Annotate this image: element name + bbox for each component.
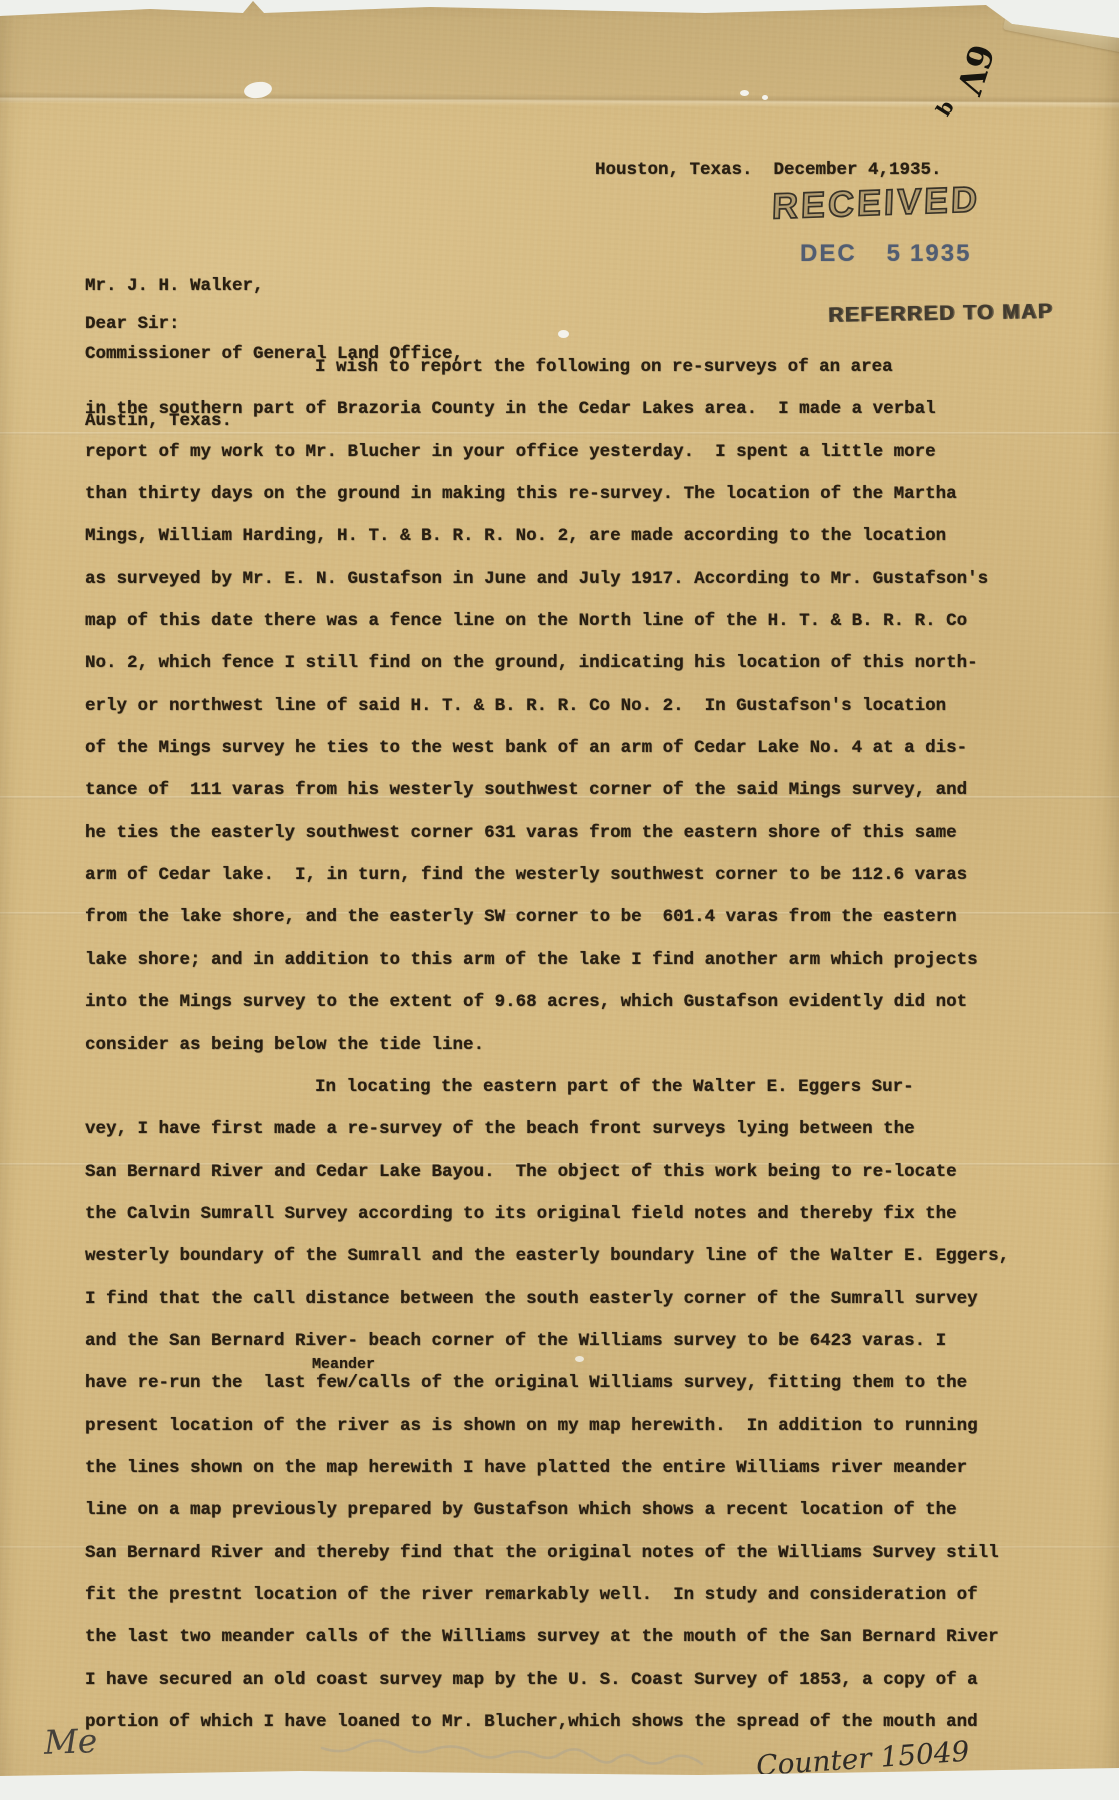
typed-line: in the southern part of Brazoria County … bbox=[85, 399, 1009, 441]
date-stamp: DEC51935 bbox=[800, 240, 971, 268]
typed-line: In locating the eastern part of the Walt… bbox=[85, 1077, 1009, 1119]
paper-speck bbox=[740, 90, 749, 96]
typed-line: vey, I have first made a re-survey of th… bbox=[85, 1119, 1009, 1161]
typed-line: San Bernard River and Cedar Lake Bayou. … bbox=[85, 1162, 1009, 1204]
typed-line: line on a map previously prepared by Gus… bbox=[85, 1500, 1009, 1542]
handwritten-initials: Me bbox=[43, 1721, 98, 1762]
scanned-letter: Λ9 b Houston, Texas. December 4,1935. RE… bbox=[0, 0, 1119, 1800]
typed-line: consider as being below the tide line. bbox=[85, 1035, 1009, 1077]
typed-line: erly or northwest line of said H. T. & B… bbox=[85, 696, 1009, 738]
typed-line: No. 2, which fence I still find on the g… bbox=[85, 653, 1009, 695]
typed-line: present location of the river as is show… bbox=[85, 1416, 1009, 1458]
typed-line: westerly boundary of the Sumrall and the… bbox=[85, 1246, 1009, 1288]
typed-line: from the lake shore, and the easterly SW… bbox=[85, 907, 1009, 949]
paper-speck bbox=[558, 330, 569, 338]
typed-line: I wish to report the following on re-sur… bbox=[85, 357, 1009, 399]
typed-line: tance of 111 varas from his westerly sou… bbox=[85, 780, 1009, 822]
typed-line: Mings, William Harding, H. T. & B. R. R.… bbox=[85, 526, 1009, 568]
typed-line: lake shore; and in addition to this arm … bbox=[85, 950, 1009, 992]
typed-line: arm of Cedar lake. I, in turn, find the … bbox=[85, 865, 1009, 907]
ink-bleed-through bbox=[290, 1736, 710, 1778]
typed-line: as surveyed by Mr. E. N. Gustafson in Ju… bbox=[85, 569, 1009, 611]
typed-line: I find that the call distance between th… bbox=[85, 1289, 1009, 1331]
letter-body: I wish to report the following on re-sur… bbox=[85, 357, 1009, 1754]
date-stamp-day: 5 bbox=[887, 240, 902, 267]
typed-line: he ties the easterly southwest corner 63… bbox=[85, 823, 1009, 865]
typed-line: report of my work to Mr. Blucher in your… bbox=[85, 442, 1009, 484]
date-stamp-month: DEC bbox=[800, 240, 857, 267]
typed-line: than thirty days on the ground in making… bbox=[85, 484, 1009, 526]
salutation: Dear Sir: bbox=[85, 314, 180, 334]
address-line: Mr. J. H. Walker, bbox=[85, 275, 463, 298]
date-stamp-year: 1935 bbox=[910, 240, 971, 267]
typed-line: into the Mings survey to the extent of 9… bbox=[85, 992, 1009, 1034]
dateline: Houston, Texas. December 4,1935. bbox=[595, 160, 942, 180]
typed-line: the lines shown on the map herewith I ha… bbox=[85, 1458, 1009, 1500]
paper-speck bbox=[762, 95, 768, 100]
typed-line: and the San Bernard River- beach corner … bbox=[85, 1331, 1009, 1373]
typed-line: the Calvin Sumrall Survey according to i… bbox=[85, 1204, 1009, 1246]
interline-insertion: Meander bbox=[312, 1356, 375, 1373]
typed-line: fit the prestnt location of the river re… bbox=[85, 1585, 1009, 1627]
typed-line: San Bernard River and thereby find that … bbox=[85, 1543, 1009, 1585]
letter-paper: Λ9 b Houston, Texas. December 4,1935. RE… bbox=[0, 0, 1119, 1800]
typed-line: the last two meander calls of the Willia… bbox=[85, 1627, 1009, 1669]
typed-line: have re-run the last few/calls of the or… bbox=[85, 1373, 1009, 1415]
typed-line: of the Mings survey he ties to the west … bbox=[85, 738, 1009, 780]
received-stamp: RECEIVED bbox=[771, 178, 980, 227]
referred-to-map-stamp: REFERRED TO MAP bbox=[828, 300, 1054, 328]
typed-line: I have secured an old coast survey map b… bbox=[85, 1670, 1009, 1712]
typed-line: map of this date there was a fence line … bbox=[85, 611, 1009, 653]
